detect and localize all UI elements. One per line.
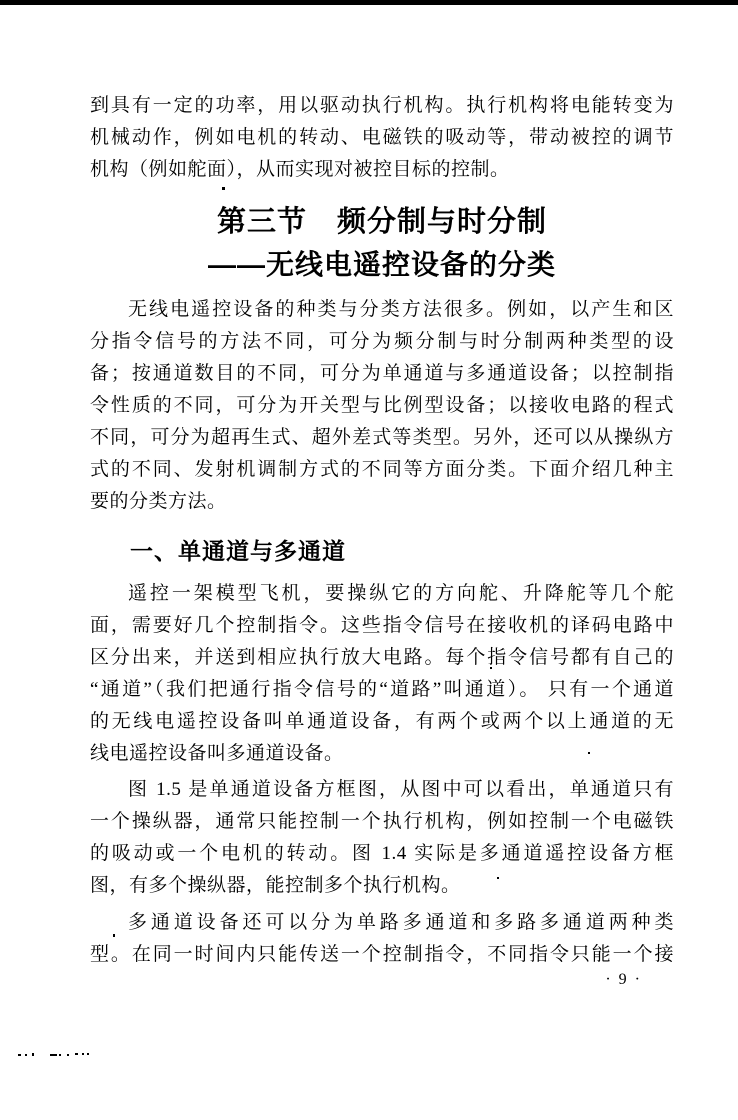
text-line: 遥控一架模型飞机，要操纵它的方向舵、升降舵等几个舵	[90, 578, 674, 610]
text-line: 机械动作，例如电机的转动、电磁铁的吸动等，带动被控的调节	[90, 122, 674, 154]
text-line: 式的不同、发射机调制方式的不同等方面分类。下面介绍几种主	[90, 454, 674, 486]
section-subtitle: ——无线电遥控设备的分类	[90, 244, 674, 286]
text-line: 线电遥控设备叫多通道设备。	[90, 738, 674, 770]
text-line: 多通道设备还可以分为单路多通道和多路多通道两种类	[90, 907, 674, 939]
text-line: 要的分类方法。	[90, 486, 674, 518]
text-line: 图，有多个操纵器，能控制多个执行机构。	[90, 870, 674, 902]
scan-speck	[113, 934, 115, 937]
text-line: 分指令信号的方法不同，可分为频分制与时分制两种类型的设	[90, 326, 674, 358]
text-line: 区分出来，并送到相应执行放大电路。每个指令信号都有自己的	[90, 642, 674, 674]
section-heading: 第三节 频分制与时分制 ——无线电遥控设备的分类	[90, 200, 674, 286]
text-line: 的无线电遥控设备叫单通道设备，有两个或两个以上通道的无	[90, 706, 674, 738]
text-line: 面，需要好几个控制指令。这些指令信号在接收机的译码电路中	[90, 610, 674, 642]
section-title: 第三节 频分制与时分制	[90, 200, 674, 244]
text-line: 到具有一定的功率，用以驱动执行机构。执行机构将电能转变为	[90, 90, 674, 122]
text-line: 的吸动或一个电机的转动。图 1.4 实际是多通道遥控设备方框	[90, 838, 674, 870]
text-line: 无线电遥控设备的种类与分类方法很多。例如，以产生和区	[90, 294, 674, 326]
paragraph: 图 1.5 是单通道设备方框图，从图中可以看出，单通道只有 一个操纵器，通常只能…	[90, 774, 674, 902]
scan-edge-band	[0, 0, 738, 5]
text-line: 令性质的不同，可分为开关型与比例型设备；以接收电路的程式	[90, 390, 674, 422]
page-content: 到具有一定的功率，用以驱动执行机构。执行机构将电能转变为 机械动作，例如电机的转…	[90, 90, 674, 971]
text-line: 一个操纵器，通常只能控制一个执行机构，例如控制一个电磁铁	[90, 806, 674, 838]
text-line: 不同，可分为超再生式、超外差式等类型。另外，还可以从操纵方	[90, 422, 674, 454]
scanned-book-page: 到具有一定的功率，用以驱动执行机构。执行机构将电能转变为 机械动作，例如电机的转…	[0, 0, 738, 1120]
paragraph: 多通道设备还可以分为单路多通道和多路多通道两种类 型。在同一时间内只能传送一个控…	[90, 907, 674, 971]
scan-speck	[222, 187, 225, 190]
text-line: 图 1.5 是单通道设备方框图，从图中可以看出，单通道只有	[90, 774, 674, 806]
scan-speck	[490, 667, 492, 669]
text-line: 机构（例如舵面），从而实现对被控目标的控制。	[90, 154, 674, 186]
scan-artifacts-bottom-left	[18, 1052, 98, 1058]
text-line: “通道”（我们把通行指令信号的“道路”叫通道）。 只有一个通道	[90, 674, 674, 706]
text-line: 型。在同一时间内只能传送一个控制指令，不同指令只能一个接	[90, 939, 674, 971]
paragraph-continuation: 到具有一定的功率，用以驱动执行机构。执行机构将电能转变为 机械动作，例如电机的转…	[90, 90, 674, 186]
page-number: · 9 ·	[605, 970, 642, 990]
scan-speck	[497, 877, 499, 879]
scan-speck	[588, 752, 590, 754]
subsection-heading: 一、单通道与多通道	[130, 536, 674, 566]
paragraph: 无线电遥控设备的种类与分类方法很多。例如，以产生和区 分指令信号的方法不同，可分…	[90, 294, 674, 518]
text-line: 备；按通道数目的不同，可分为单通道与多通道设备；以控制指	[90, 358, 674, 390]
paragraph: 遥控一架模型飞机，要操纵它的方向舵、升降舵等几个舵 面，需要好几个控制指令。这些…	[90, 578, 674, 770]
